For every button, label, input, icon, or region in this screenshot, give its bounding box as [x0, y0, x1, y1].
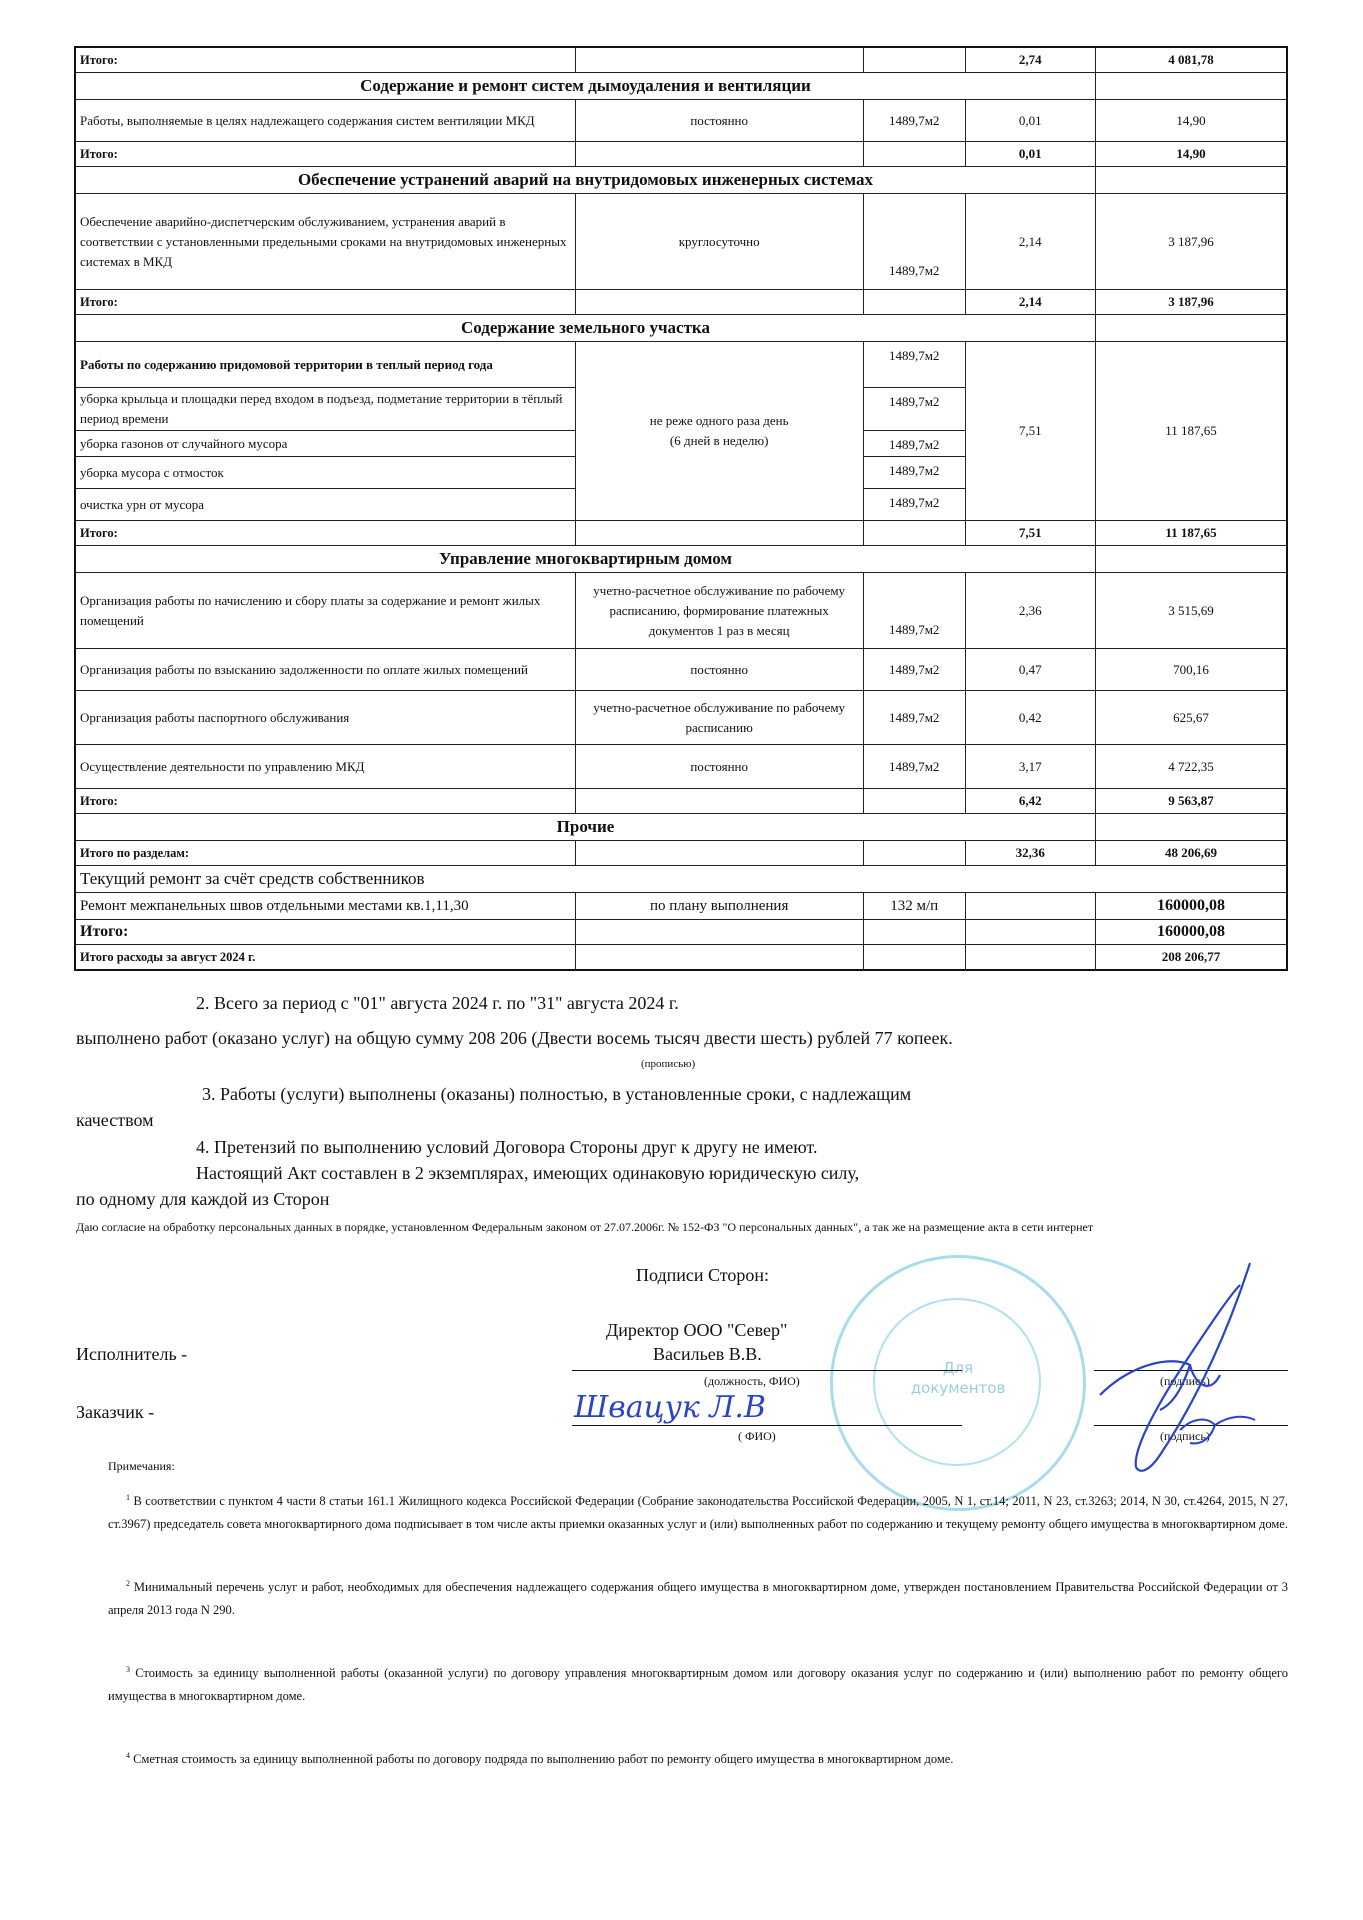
service-row: Осуществление деятельности по управлению…	[75, 745, 1287, 789]
service-name: Организация работы по начислению и сбору…	[75, 573, 575, 649]
section-title: Содержание и ремонт систем дымоудаления …	[75, 73, 1095, 100]
service-name: Осуществление деятельности по управлению…	[75, 745, 575, 789]
executor-position: Директор ООО "Север"	[606, 1320, 787, 1341]
footnote-text: В соответствии с пунктом 4 части 8 стать…	[108, 1494, 1288, 1531]
service-area: 1489,7м2	[863, 342, 965, 388]
subtotal-rate: 2,74	[965, 47, 1095, 73]
service-frequency: не реже одного раза день(6 дней в неделю…	[575, 342, 863, 521]
service-row: Организация работы паспортного обслужива…	[75, 691, 1287, 745]
notes-section: Примечания: 1 В соответствии с пунктом 4…	[108, 1455, 1288, 1808]
service-name: уборка крыльца и площадки перед входом в…	[75, 388, 575, 431]
subtotal-amount: 3 187,96	[1095, 290, 1287, 315]
grand-total-row: Итого расходы за август 2024 г.208 206,7…	[75, 945, 1287, 971]
service-frequency: постоянно	[575, 745, 863, 789]
executor-name: Васильев В.В.	[653, 1344, 762, 1365]
footnote: 4 Сметная стоимость за единицу выполненн…	[108, 1744, 1288, 1771]
paragraph-3: 3. Работы (услуги) выполнены (оказаны) п…	[202, 1084, 911, 1105]
customer-label: Заказчик -	[76, 1402, 154, 1423]
current-repair-header: Текущий ремонт за счёт средств собственн…	[75, 866, 1287, 893]
service-amount: 3 187,96	[1095, 194, 1287, 290]
service-name: Организация работы по взысканию задолжен…	[75, 649, 575, 691]
service-row: Работы по содержанию придомовой территор…	[75, 342, 1287, 388]
subtotal-rate: 2,14	[965, 290, 1095, 315]
subtotal-label: Итого:	[75, 290, 575, 315]
subtotal-label: Итого:	[75, 142, 575, 167]
section-title: Управление многоквартирным домом	[75, 546, 1095, 573]
current-repair-title: Текущий ремонт за счёт средств собственн…	[75, 866, 1287, 893]
fio-caption: ( ФИО)	[738, 1429, 776, 1444]
service-row: Работы, выполняемые в целях надлежащего …	[75, 100, 1287, 142]
repair-subtotal-label: Итого:	[75, 920, 575, 945]
paragraph-4: 4. Претензий по выполнению условий Догов…	[196, 1137, 817, 1158]
service-name: очистка урн от мусора	[75, 489, 575, 521]
section-title: Содержание земельного участка	[75, 315, 1095, 342]
repair-subtotal-row: Итого:160000,08	[75, 920, 1287, 945]
subtotal-row: Итого:6,429 563,87	[75, 789, 1287, 814]
service-rate: 0,42	[965, 691, 1095, 745]
service-name: Работы, выполняемые в целях надлежащего …	[75, 100, 575, 142]
service-rate: 7,51	[965, 342, 1095, 521]
grand-total-amount: 208 206,77	[1095, 945, 1287, 971]
executor-label: Исполнитель -	[76, 1344, 187, 1365]
subtotal-row: Итого:2,744 081,78	[75, 47, 1287, 73]
service-area: 1489,7м2	[863, 489, 965, 521]
service-name: Обеспечение аварийно-диспетчерским обслу…	[75, 194, 575, 290]
service-amount: 11 187,65	[1095, 342, 1287, 521]
propisyu-caption: (прописью)	[641, 1058, 695, 1070]
repair-subtotal-amount: 160000,08	[1095, 920, 1287, 945]
paragraph-5-cont: по одному для каждой из Сторон	[76, 1189, 329, 1210]
section-title: Обеспечение устранений аварий на внутрид…	[75, 167, 1095, 194]
subtotal-amount: 9 563,87	[1095, 789, 1287, 814]
footnote-text: Сметная стоимость за единицу выполненной…	[130, 1753, 953, 1767]
section-header-row: Содержание и ремонт систем дымоудаления …	[75, 73, 1287, 100]
service-area: 1489,7м2	[863, 100, 965, 142]
service-rate: 0,47	[965, 649, 1095, 691]
service-area: 1489,7м2	[863, 457, 965, 489]
subtotal-row: Итого:7,5111 187,65	[75, 521, 1287, 546]
subtotal-label: Итого по разделам:	[75, 841, 575, 866]
repair-amount: 160000,08	[1095, 893, 1287, 920]
service-amount: 4 722,35	[1095, 745, 1287, 789]
section-header-row: Прочие	[75, 814, 1287, 841]
section-header-row: Содержание земельного участка	[75, 315, 1287, 342]
section-title: Прочие	[75, 814, 1095, 841]
executor-signature-icon	[1040, 1255, 1280, 1485]
footnote: 3 Стоимость за единицу выполненной работ…	[108, 1658, 1288, 1708]
service-amount: 625,67	[1095, 691, 1287, 745]
customer-handwritten-name: Швацук Л.В	[574, 1390, 766, 1425]
service-name: Работы по содержанию придомовой территор…	[75, 342, 575, 388]
subtotal-row: Итого:0,0114,90	[75, 142, 1287, 167]
subtotal-rate: 0,01	[965, 142, 1095, 167]
subtotal-label: Итого:	[75, 47, 575, 73]
service-rate: 0,01	[965, 100, 1095, 142]
consent-text: Даю согласие на обработку персональных д…	[76, 1217, 1276, 1237]
service-name: уборка мусора с отмосток	[75, 457, 575, 489]
subtotal-rate: 7,51	[965, 521, 1095, 546]
repair-frequency: по плану выполнения	[575, 893, 863, 920]
service-rate: 2,14	[965, 194, 1095, 290]
executor-name-line	[572, 1370, 962, 1371]
section-header-row: Управление многоквартирным домом	[75, 546, 1287, 573]
service-area: 1489,7м2	[863, 649, 965, 691]
footnote-text: Стоимость за единицу выполненной работы …	[108, 1666, 1288, 1703]
services-table: Итого:2,744 081,78Содержание и ремонт си…	[74, 46, 1288, 971]
service-name: уборка газонов от случайного мусора	[75, 431, 575, 457]
customer-name-line	[572, 1425, 962, 1426]
service-frequency: учетно-расчетное обслуживание по рабочем…	[575, 573, 863, 649]
subtotal-row: Итого:2,143 187,96	[75, 290, 1287, 315]
service-amount: 700,16	[1095, 649, 1287, 691]
service-amount: 3 515,69	[1095, 573, 1287, 649]
service-area: 1489,7м2	[863, 431, 965, 457]
position-caption: (должность, ФИО)	[704, 1374, 800, 1389]
service-frequency: круглосуточно	[575, 194, 863, 290]
subtotal-amount: 11 187,65	[1095, 521, 1287, 546]
signatures-title: Подписи Сторон:	[636, 1265, 769, 1286]
service-frequency: постоянно	[575, 100, 863, 142]
subtotal-rate: 32,36	[965, 841, 1095, 866]
service-frequency: учетно-расчетное обслуживание по рабочем…	[575, 691, 863, 745]
subtotal-label: Итого:	[75, 521, 575, 546]
service-frequency: постоянно	[575, 649, 863, 691]
footnote-text: Минимальный перечень услуг и работ, необ…	[108, 1580, 1288, 1617]
paragraph-3-cont: качеством	[76, 1110, 154, 1131]
subtotal-row: Итого по разделам:32,3648 206,69	[75, 841, 1287, 866]
service-row: Организация работы по взысканию задолжен…	[75, 649, 1287, 691]
footnote: 2 Минимальный перечень услуг и работ, не…	[108, 1572, 1288, 1622]
paragraph-2-sum: выполнено работ (оказано услуг) на общую…	[76, 1028, 953, 1049]
paragraph-2: 2. Всего за период с "01" августа 2024 г…	[196, 993, 679, 1014]
section-header-row: Обеспечение устранений аварий на внутрид…	[75, 167, 1287, 194]
subtotal-rate: 6,42	[965, 789, 1095, 814]
service-area: 1489,7м2	[863, 573, 965, 649]
service-area: 1489,7м2	[863, 194, 965, 290]
subtotal-label: Итого:	[75, 789, 575, 814]
service-rate: 2,36	[965, 573, 1095, 649]
repair-name: Ремонт межпанельных швов отдельными мест…	[75, 893, 575, 920]
service-area: 1489,7м2	[863, 388, 965, 431]
service-amount: 14,90	[1095, 100, 1287, 142]
repair-row: Ремонт межпанельных швов отдельными мест…	[75, 893, 1287, 920]
footnote: 1 В соответствии с пунктом 4 части 8 ста…	[108, 1486, 1288, 1536]
service-area: 1489,7м2	[863, 745, 965, 789]
subtotal-amount: 4 081,78	[1095, 47, 1287, 73]
notes-heading: Примечания:	[108, 1455, 1288, 1478]
service-rate: 3,17	[965, 745, 1095, 789]
subtotal-amount: 14,90	[1095, 142, 1287, 167]
paragraph-5: Настоящий Акт составлен в 2 экземплярах,…	[196, 1163, 859, 1184]
subtotal-amount: 48 206,69	[1095, 841, 1287, 866]
service-area: 1489,7м2	[863, 691, 965, 745]
service-row: Организация работы по начислению и сбору…	[75, 573, 1287, 649]
act-page: Итого:2,744 081,78Содержание и ремонт си…	[0, 0, 1363, 1920]
grand-total-label: Итого расходы за август 2024 г.	[75, 945, 575, 971]
repair-volume: 132 м/п	[863, 893, 965, 920]
service-name: Организация работы паспортного обслужива…	[75, 691, 575, 745]
service-row: Обеспечение аварийно-диспетчерским обслу…	[75, 194, 1287, 290]
